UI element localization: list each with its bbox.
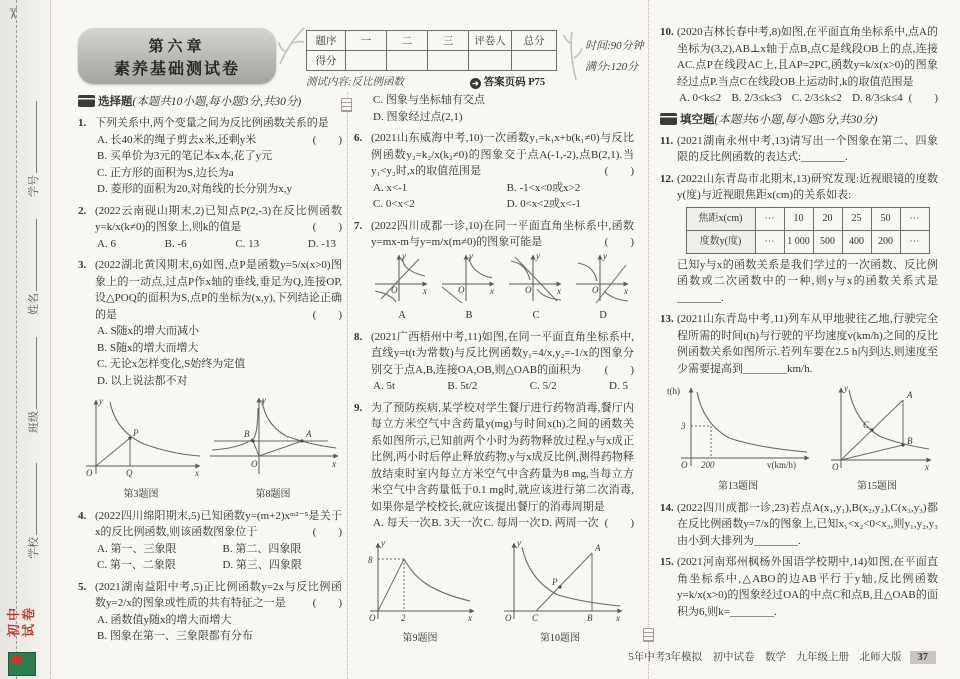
figures-q3-q8: y P O Q x 第3题图 (78, 394, 342, 502)
question-12-text: (2022山东青岛市北期末,13)研究发现:近视眼镜的度数y(度)与近视眼焦距x… (677, 171, 938, 204)
cut-line (16, 0, 17, 679)
option: C. 图象与坐标轴有交点 (371, 92, 634, 109)
question-8-options: A. 5t B. 5t/2 C. 5/2 D. 5 (371, 378, 634, 395)
choice-section-icon (78, 95, 95, 107)
question-15-text: (2021河南郑州枫杨外国语学校期中,14)如图,在平面直角坐标系中,△ABO的… (677, 554, 938, 620)
full-score: 满分:120分 (585, 57, 644, 78)
choice-section-note: (本题共10小题,每小题3分,共30分) (133, 96, 302, 108)
point-label: P (551, 577, 558, 587)
origin-label: O (369, 613, 376, 623)
graph-option-letter: C (507, 308, 565, 324)
question-4: 4. (2022四川绵阳期末,5)已知函数y=(m+2)xᵐ²⁻⁵是关于x的反比… (78, 508, 342, 574)
point-label: A (594, 543, 601, 553)
axis-label: y (261, 395, 266, 405)
point-label: B (587, 613, 593, 623)
option: D. 第三、四象限 (222, 557, 342, 574)
point-label: P (132, 428, 139, 438)
option: C. 每周一次 (484, 515, 541, 532)
svg-text:x: x (489, 286, 494, 296)
figure-q9: y 8 O 2 x 第9题图 (362, 537, 478, 647)
question-7: 7. (2022四川成都一诊,10)在同一平面直角坐标系中,函数y=mx-m与y… (354, 218, 634, 324)
option: B. 图象在第一、三象限都有分布 (95, 628, 342, 645)
time-and-score: 时间:90分钟 满分:120分 (585, 36, 644, 78)
option: A. 6 (97, 236, 116, 253)
binding-mark (643, 628, 654, 642)
question-1-text: 下列关系中,两个变量之间为反比例函数关系的是 (95, 117, 329, 129)
paper-title: 素养基础测试卷 (78, 56, 276, 79)
svg-text:y: y (401, 251, 406, 261)
option: D. 两周一次 (541, 515, 598, 532)
student-id-label: 学号 (28, 175, 40, 197)
twig-decoration (276, 26, 306, 66)
option: A. 5t (373, 378, 395, 395)
svg-text:x: x (422, 286, 427, 296)
graph-option-letter: D (574, 308, 632, 324)
tick-label: 2 (401, 613, 406, 623)
option: C. 正方形的面积为S,边长为a (95, 165, 342, 182)
blank-section-icon (660, 113, 677, 125)
answer-bracket: ( ) (313, 219, 342, 236)
binding-mark (341, 98, 352, 112)
point-label: B (907, 436, 913, 446)
svg-text:O: O (458, 285, 465, 295)
option: C. 无论x怎样变化,S始终为定值 (95, 356, 342, 373)
column-divider (347, 92, 348, 679)
blank-section-title: 填空题 (680, 114, 715, 126)
svg-text:x: x (556, 286, 561, 296)
axis-label: x (924, 462, 929, 472)
option: C. 2/3≤k≤2 (792, 90, 842, 107)
figure-caption: 第3题图 (78, 487, 204, 502)
column-1: 选择题(本题共10小题,每小题3分,共30分) 1. 下列关系中,两个变量之间为… (78, 92, 342, 650)
svg-text:O: O (525, 285, 532, 295)
svg-text:y: y (535, 251, 540, 261)
grade-col-3: 三 (428, 31, 469, 51)
question-10: 10. (2020吉林长春中考,8)如图,在平面直角坐标系中,点A的坐标为(3,… (660, 24, 938, 107)
question-9-options: A. 每天一次 B. 3天一次 C. 每周一次 D. 两周一次 (371, 515, 605, 532)
question-7-text: (2022四川成都一诊,10)在同一平面直角坐标系中,函数y=mx-m与y=m/… (371, 220, 634, 249)
figure-q8: y B A O x 第8题图 (204, 394, 342, 502)
question-2-text: (2022云南砚山期末,2)已知点P(2,-3)在反比例函数y=k/x(k≠0)… (95, 205, 342, 234)
name-blank (26, 219, 37, 291)
grade-col-order: 题序 (307, 31, 346, 51)
question-6: 6. (2021山东威海中考,10)一次函数y₁=k₁x+b(k₁≠0)与反比例… (354, 130, 634, 213)
question-4-text: (2022四川绵阳期末,5)已知函数y=(m+2)xᵐ²⁻⁵是关于x的反比例函数… (95, 510, 342, 539)
option: A. x<-1 (373, 180, 507, 197)
svg-text:O: O (592, 285, 599, 295)
svg-text:y: y (602, 251, 607, 261)
column-2: C. 图象与坐标轴有交点 D. 图象经过点(2,1) 6. (2021山东威海中… (354, 92, 634, 652)
school-blank (26, 463, 37, 535)
choice-section-header: 选择题(本题共10小题,每小题3分,共30分) (78, 94, 342, 111)
svg-text:x: x (623, 286, 628, 296)
graph-option-b: y O x B (440, 251, 498, 324)
test-paper-page: ✂ 学号 姓名 班级 学校 初中 试卷 第六章 素养基础测试卷 题序 一 二 三… (0, 0, 960, 679)
chapter-banner: 第六章 素养基础测试卷 (78, 28, 276, 84)
axis-label: x (467, 613, 472, 623)
option: B. -6 (165, 236, 187, 253)
svg-text:O: O (391, 285, 398, 295)
answer-bracket: ( ) (313, 132, 342, 149)
graph-option-letter: B (440, 308, 498, 324)
class-blank (26, 337, 37, 409)
option: D. 8/3≤k≤4 (852, 90, 903, 107)
column-3: 10. (2020吉林长春中考,8)如图,在平面直角坐标系中,点A的坐标为(3,… (660, 24, 938, 625)
figure-q3: y P O Q x 第3题图 (78, 394, 204, 502)
option: B. S随x的增大而增大 (95, 340, 342, 357)
axis-label: y (98, 396, 103, 406)
point-label: Q (126, 468, 133, 478)
option: D. 0<x<2或x<-1 (507, 196, 634, 213)
answer-page-ref: ➜ 答案页码 P75 (470, 74, 545, 89)
question-8-text: (2021广西梧州中考,11)如图,在同一平面直角坐标系中,直线y=t(t为常数… (371, 331, 634, 376)
question-6-text: (2021山东威海中考,10)一次函数y₁=k₁x+b(k₁≠0)与反比例函数y… (371, 132, 634, 177)
point-label: C (863, 420, 870, 430)
point-label: A (906, 390, 913, 400)
paper-type-stamp: 初中 试卷 (7, 597, 37, 637)
axis-label: t(h) (667, 386, 680, 396)
answer-bracket: ( ) (605, 515, 634, 532)
option: C. 13 (235, 236, 259, 253)
page-footer: 5年中考3年模拟 初中试卷 数学 九年级上册 北师大版37 (629, 649, 937, 664)
option: C. 0<x<2 (373, 196, 507, 213)
option: B. 买单价为3元的笔记本x本,花了y元 (95, 148, 342, 165)
page-number: 37 (910, 651, 937, 664)
question-11-text: (2021湖南永州中考,13)请写出一个图象在第二、四象限的反比例函数的表达式:… (677, 133, 938, 166)
origin-label: O (681, 460, 688, 470)
question-4-options: A. 第一、三象限 B. 第二、四象限 C. 第一、二象限 D. 第三、四象限 (95, 541, 342, 574)
graph-option-c: y O x C (507, 251, 565, 324)
option: A. 0<k≤2 (679, 90, 721, 107)
axis-label: x (331, 459, 336, 469)
figure-q15: y A C B O x 第15题图 (819, 382, 935, 494)
question-1: 1. 下列关系中,两个变量之间为反比例函数关系的是( ) A. 长40米的绳子剪… (78, 115, 342, 198)
figures-q13-q15: t(h) 3 O 200 v(km/h) 第13题图 (660, 382, 938, 494)
figure-caption: 第8题图 (204, 487, 342, 502)
question-5-text: (2021湖南益阳中考,5)正比例函数y=2x与反比例函数y=2/x的图象或性质… (95, 581, 342, 610)
figure-caption: 第15题图 (819, 479, 935, 494)
figures-q9-q10: y 8 O 2 x 第9题图 y A P (354, 537, 634, 647)
question-15: 15. (2021河南郑州枫杨外国语学校期中,14)如图,在平面直角坐标系中,△… (660, 554, 938, 620)
question-10-options: A. 0<k≤2 B. 2/3≤k≤3 C. 2/3≤k≤2 D. 8/3≤k≤… (677, 90, 909, 107)
question-2-options: A. 6 B. -6 C. 13 D. -13 (95, 236, 342, 253)
answer-arrow-icon: ➜ (470, 78, 481, 89)
question-5: 5. (2021湖南益阳中考,5)正比例函数y=2x与反比例函数y=2/x的图象… (78, 579, 342, 645)
question-1-options: A. 长40米的绳子剪去x米,还剩y米 B. 买单价为3元的笔记本x本,花了y元… (95, 132, 342, 198)
origin-label: O (251, 459, 258, 469)
brand-logo (8, 652, 36, 676)
graph-option-a: y O x A (373, 251, 431, 324)
blank-section-note: (本题共6小题,每小题5分,共30分) (715, 114, 878, 126)
option: D. 5 (609, 378, 628, 395)
option: A. 第一、三象限 (97, 541, 222, 558)
question-9-text: 为了预防疾病,某学校对学生餐厅进行药物消毒,餐厅内每立方米空气中含药量y(mg)… (371, 402, 634, 513)
tick-label: 3 (680, 421, 686, 431)
grade-table: 题序 一 二 三 评卷人 总分 得分 (306, 30, 557, 71)
figure-caption: 第13题图 (663, 479, 813, 494)
axis-label: y (380, 538, 385, 548)
graph-option-letter: A (373, 308, 431, 324)
answer-bracket: ( ) (313, 595, 342, 612)
figure-q10: y A P O C B x 第10题图 (494, 537, 626, 647)
answer-bracket: ( ) (909, 90, 938, 107)
option: B. -1<x<0或x>2 (507, 180, 634, 197)
question-5-options-ab: A. 函数值y随x的增大而增大 B. 图象在第一、三象限都有分布 (95, 612, 342, 645)
blank-section-header: 填空题(本题共6小题,每小题5分,共30分) (660, 112, 938, 129)
focal-length-table: 焦距x(cm) ⋯ 10 20 25 50 ⋯ 度数y(度) ⋯ 1 000 5… (686, 207, 930, 254)
question-8: 8. (2021广西梧州中考,11)如图,在同一平面直角坐标系中,直线y=t(t… (354, 329, 634, 395)
score-row-label: 得分 (307, 51, 346, 71)
axis-label: v(km/h) (767, 460, 796, 470)
name-label: 姓名 (28, 293, 40, 315)
option: A. S随x的增大而减小 (95, 323, 342, 340)
question-5-options-cd: C. 图象与坐标轴有交点 D. 图象经过点(2,1) (354, 92, 634, 125)
tick-label: 200 (701, 460, 715, 470)
option: C. 5/2 (530, 378, 557, 395)
school-field: 学校 (25, 439, 39, 559)
chapter-number: 第六章 (78, 35, 276, 56)
class-label: 班级 (28, 411, 40, 433)
answer-bracket: ( ) (605, 234, 634, 251)
tick-label: 8 (368, 555, 373, 565)
grade-col-total: 总分 (512, 31, 557, 51)
question-9: 9. 为了预防疾病,某学校对学生餐厅进行药物消毒,餐厅内每立方米空气中含药量y(… (354, 400, 634, 532)
option: B. 5t/2 (447, 378, 477, 395)
svg-text:y: y (468, 251, 473, 261)
option: D. -13 (308, 236, 336, 253)
option: A. 每天一次 (373, 515, 430, 532)
point-label: B (244, 429, 250, 439)
question-3-text: (2022湖北黄冈期末,6)如图,点P是函数y=5/x(x>0)图象上的一动点,… (95, 259, 342, 321)
origin-label: O (505, 613, 512, 623)
grade-col-grader: 评卷人 (469, 31, 512, 51)
option: D. 菱形的面积为20,对角线的长分别为x,y (95, 181, 342, 198)
question-13: 13. (2021山东青岛中考,11)列车从甲地驶往乙地,行驶完全程所需的时间t… (660, 311, 938, 377)
axis-label: y (516, 538, 521, 548)
origin-label: O (832, 462, 839, 472)
figure-caption: 第10题图 (494, 631, 626, 646)
option: B. 2/3≤k≤3 (732, 90, 782, 107)
answer-bracket: ( ) (605, 362, 634, 379)
time-limit: 时间:90分钟 (585, 36, 644, 57)
scissors-icon: ✂ (3, 7, 22, 20)
question-2: 2. (2022云南砚山期末,2)已知点P(2,-3)在反比例函数y=k/x(k… (78, 203, 342, 253)
class-field: 班级 (25, 313, 39, 433)
grade-col-1: 一 (346, 31, 387, 51)
graph-option-d: y O x D (574, 251, 632, 324)
name-field: 姓名 (25, 195, 39, 315)
footer-book-info: 5年中考3年模拟 初中试卷 数学 九年级上册 北师大版 (629, 652, 902, 663)
question-14: 14. (2022四川成都一诊,23)若点A(x₁,y₁),B(x₂,y₂),C… (660, 500, 938, 550)
origin-label: O (86, 468, 93, 478)
figure-caption: 第9题图 (362, 631, 478, 646)
student-id-blank (26, 101, 37, 173)
option: D. 图象经过点(2,1) (371, 109, 634, 126)
grade-col-2: 二 (387, 31, 428, 51)
option: B. 3天一次 (431, 515, 482, 532)
option: C. 第一、二象限 (97, 557, 222, 574)
question-14-text: (2022四川成都一诊,23)若点A(x₁,y₁),B(x₂,y₂),C(x₃,… (677, 500, 938, 550)
question-12: 12. (2022山东青岛市北期末,13)研究发现:近视眼镜的度数y(度)与近视… (660, 171, 938, 307)
option: A. 函数值y随x的增大而增大 (95, 612, 342, 629)
option: D. 以上说法都不对 (95, 373, 342, 390)
point-label: C (532, 613, 539, 623)
answer-bracket: ( ) (313, 524, 342, 541)
twig-decoration (560, 30, 586, 82)
question-6-options: A. x<-1 B. -1<x<0或x>2 C. 0<x<2 D. 0<x<2或… (371, 180, 634, 213)
student-id-field: 学号 (25, 77, 39, 197)
axis-label: x (194, 468, 199, 478)
question-3-options: A. S随x的增大而减小 B. S随x的增大而增大 C. 无论x怎样变化,S始终… (95, 323, 342, 389)
question-12-text-2: 已知y与x的函数关系是我们学过的一次函数、反比例函数或二次函数中的一种,则y与x… (677, 257, 938, 307)
figure-q13: t(h) 3 O 200 v(km/h) 第13题图 (663, 382, 813, 494)
point-label: A (305, 429, 312, 439)
question-3: 3. (2022湖北黄冈期末,6)如图,点P是函数y=5/x(x>0)图象上的一… (78, 257, 342, 389)
question-13-text: (2021山东青岛中考,11)列车从甲地驶往乙地,行驶完全程所需的时间t(h)与… (677, 311, 938, 377)
sidebar-divider (50, 0, 51, 679)
page-divider (648, 0, 649, 679)
question-7-graph-options: y O x A y O x B (371, 251, 634, 324)
axis-label: y (843, 383, 848, 393)
answer-bracket: ( ) (605, 163, 634, 180)
school-label: 学校 (28, 537, 40, 559)
answer-bracket: ( ) (313, 307, 342, 324)
choice-section-title: 选择题 (98, 96, 133, 108)
question-10-text: (2020吉林长春中考,8)如图,在平面直角坐标系中,点A的坐标为(3,2),A… (677, 26, 938, 88)
axis-label: x (615, 613, 620, 623)
option: B. 第二、四象限 (222, 541, 342, 558)
question-11: 11. (2021湖南永州中考,13)请写出一个图象在第二、四象限的反比例函数的… (660, 133, 938, 166)
option: A. 长40米的绳子剪去x米,还剩y米 (95, 132, 342, 149)
